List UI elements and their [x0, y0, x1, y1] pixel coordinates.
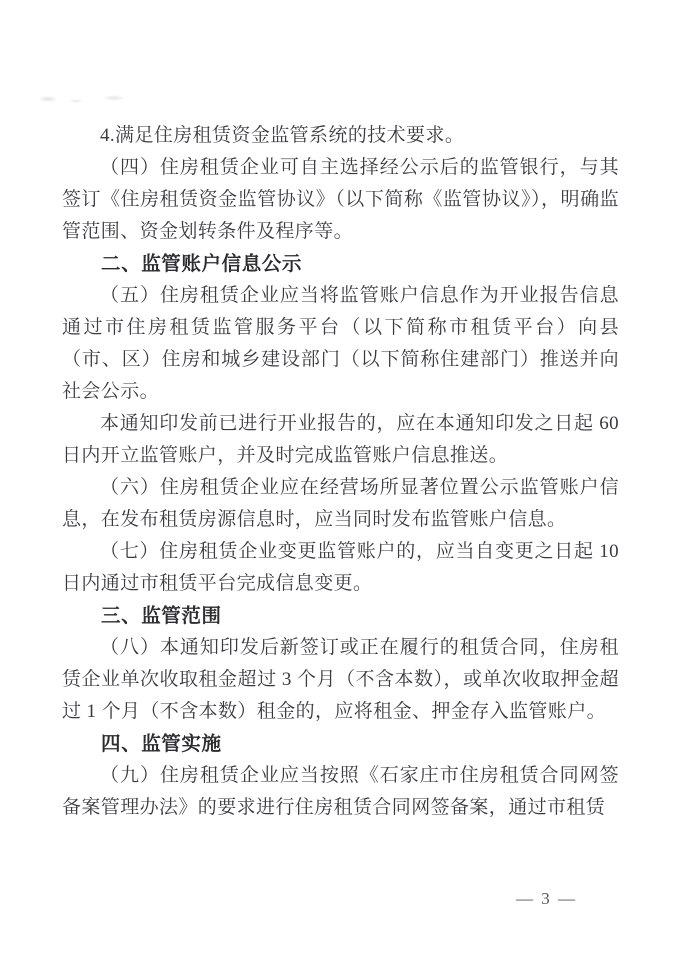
paragraph-item-qi-account-change: （七）住房租赁企业变更监管账户的，应当自变更之日起 10 日内通过市租赁平台完成… — [62, 536, 619, 600]
paragraph-item-liu-account-info-display: （六）住房租赁企业应在经营场所显著位置公示监管账户信息，在发布租赁房源信息时，应… — [62, 472, 619, 536]
document-page: 4.满足住房租赁资金监管系统的技术要求。 （四）住房租赁企业可自主选择经公示后的… — [0, 0, 681, 966]
document-body: 4.满足住房租赁资金监管系统的技术要求。 （四）住房租赁企业可自主选择经公示后的… — [62, 0, 619, 824]
paragraph-item-si-supervising-bank: （四）住房租赁企业可自主选择经公示后的监管银行，与其签订《住房租赁资金监管协议》… — [62, 152, 619, 248]
paragraph-item-4-technical-requirements: 4.满足住房租赁资金监管系统的技术要求。 — [62, 120, 619, 152]
page-number: — 3 — — [516, 888, 577, 910]
paragraph-60-day-account-opening: 本通知印发前已进行开业报告的，应在本通知印发之日起 60 日内开立监管账户，并及… — [62, 408, 619, 472]
paragraph-item-ba-rent-deposit-rules: （八）本通知印发后新签订或正在履行的租赁合同，住房租赁企业单次收取租金超过 3 … — [62, 632, 619, 728]
paragraph-item-jiu-contract-filing: （九）住房租赁企业应当按照《石家庄市住房租赁合同网签备案管理办法》的要求进行住房… — [62, 760, 619, 824]
section-heading-4-supervision-implementation: 四、监管实施 — [62, 728, 619, 760]
section-heading-2-account-info-disclosure: 二、监管账户信息公示 — [62, 248, 619, 280]
paragraph-item-wu-account-info-push: （五）住房租赁企业应当将监管账户信息作为开业报告信息通过市住房租赁监管服务平台（… — [62, 280, 619, 408]
section-heading-3-supervision-scope: 三、监管范围 — [62, 600, 619, 632]
